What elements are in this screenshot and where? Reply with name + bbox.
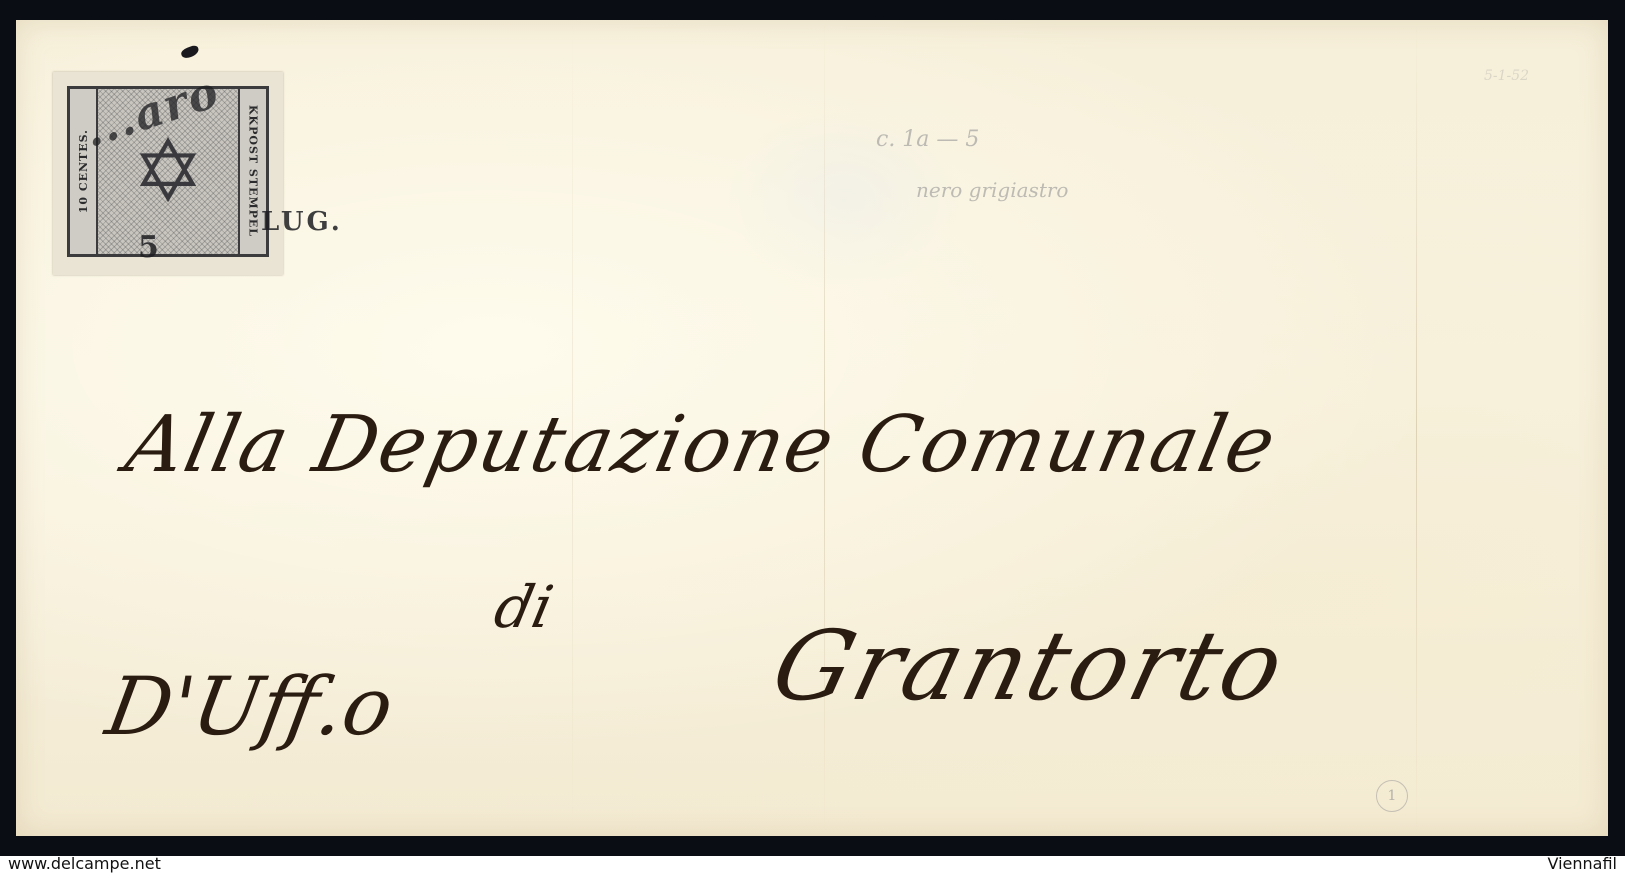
stamp-post-text: KKPOST STEMPEL (247, 105, 260, 237)
pencil-note-color: nero grigiastro (916, 178, 1068, 202)
pencil-circle-mark: 1 (1376, 780, 1408, 812)
stamp-value-text: 10 CENTES. (77, 129, 90, 213)
cancel-day: 5 (138, 230, 159, 265)
ink-blot (180, 44, 200, 60)
watermark-delcampe: www.delcampe.net (8, 854, 161, 873)
address-line-official: D'Uff.o (100, 660, 400, 753)
address-line-town: Grantorto (762, 610, 1297, 722)
cancel-month: LUG. (261, 207, 343, 237)
postal-cover: 10 CENTES. ✡ KKPOST STEMPEL ...aro 5 LUG… (16, 20, 1608, 836)
watermark-viennafil: Viennafil (1548, 854, 1618, 873)
pencil-note-corner: 5-1-52 (1484, 68, 1529, 84)
scan-background: 10 CENTES. ✡ KKPOST STEMPEL ...aro 5 LUG… (0, 0, 1625, 856)
pencil-note-catalog: c. 1a — 5 (876, 127, 979, 152)
address-line-di: di (489, 573, 559, 641)
fold-line (1416, 20, 1417, 836)
pencil-circle-text: 1 (1388, 788, 1397, 804)
address-line-recipient: Alla Deputazione Comunale (118, 400, 1284, 490)
